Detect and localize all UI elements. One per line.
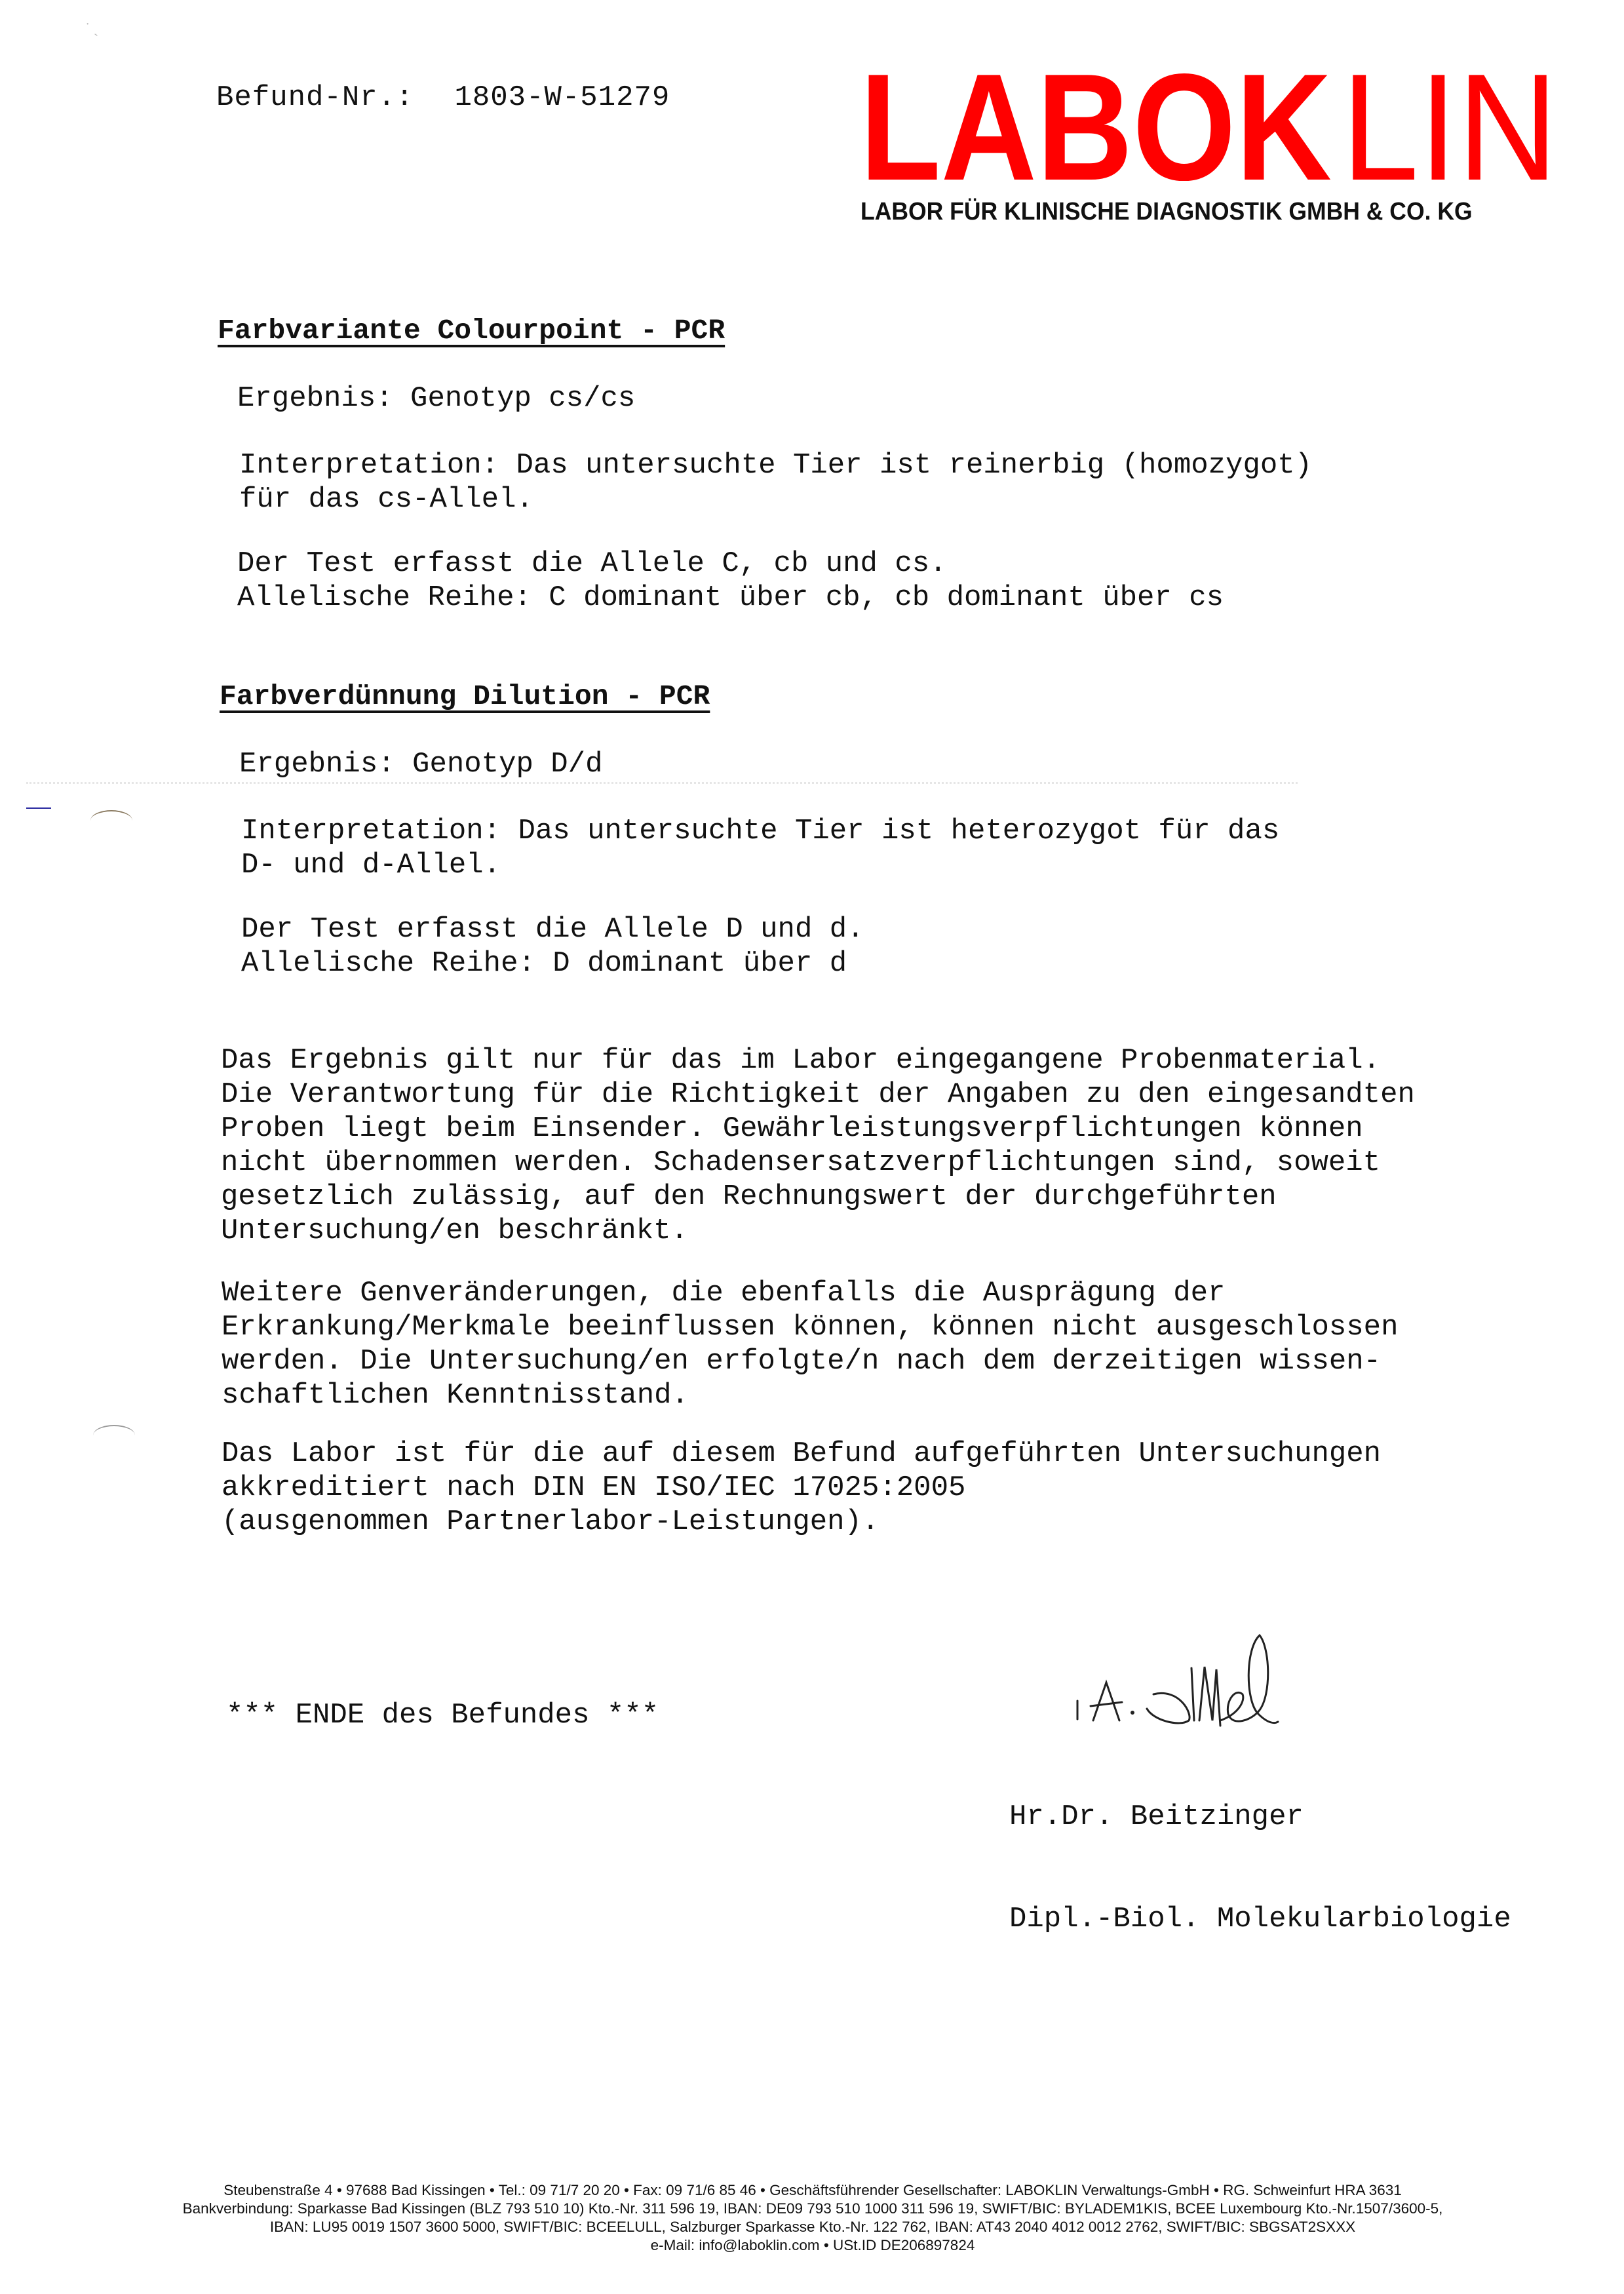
- test-info-line: Der Test erfasst die Allele D und d.: [241, 912, 864, 946]
- disclaimer-genetic: Weitere Genveränderungen, die ebenfalls …: [222, 1276, 1399, 1412]
- result-dilution: Ergebnis: Genotyp D/d: [239, 747, 603, 781]
- scan-artifact-arc: [90, 810, 132, 831]
- footer-contact: e-Mail: info@laboklin.com • USt.ID DE206…: [98, 2236, 1527, 2255]
- disclaimer-line: Erkrankung/Merkmale beeinflussen können,…: [222, 1310, 1399, 1344]
- end-of-report: *** ENDE des Befundes ***: [226, 1699, 659, 1732]
- disclaimer-line: gesetzlich zulässig, auf den Rechnungswe…: [221, 1180, 1415, 1214]
- interpretation-line: für das cs-Allel.: [239, 482, 1312, 516]
- interpretation-line: Interpretation: Das untersuchte Tier ist…: [241, 814, 1279, 848]
- test-info-line: Allelische Reihe: D dominant über d: [241, 946, 864, 981]
- footer: Steubenstraße 4 • 97688 Bad Kissingen • …: [98, 2181, 1527, 2255]
- svg-text:LIN: LIN: [1342, 64, 1558, 181]
- disclaimer-accreditation: Das Labor ist für die auf diesem Befund …: [222, 1437, 1381, 1539]
- scan-artifact: ˙ ˎ: [85, 20, 98, 37]
- scan-artifact-line: [26, 782, 1298, 784]
- disclaimer-line: nicht übernommen werden. Schadensersatzv…: [221, 1146, 1415, 1180]
- disclaimer-line: Weitere Genveränderungen, die ebenfalls …: [222, 1276, 1399, 1310]
- interpretation-line: Interpretation: Das untersuchte Tier ist…: [239, 448, 1312, 482]
- report-number-label: Befund-Nr.:: [216, 81, 414, 114]
- logo-subtitle: LABOR FÜR KLINISCHE DIAGNOSTIK GMBH & CO…: [860, 198, 1473, 226]
- test-info-line: Allelische Reihe: C dominant über cb, cb…: [237, 581, 1224, 615]
- footer-bank-1: Bankverbindung: Sparkasse Bad Kissingen …: [98, 2200, 1527, 2218]
- disclaimer-line: akkreditiert nach DIN EN ISO/IEC 17025:2…: [222, 1471, 1381, 1505]
- signer-name: Hr.Dr. Beitzinger: [1009, 1800, 1511, 1834]
- handwritten-signature: [1049, 1622, 1376, 1740]
- test-info-dilution: Der Test erfasst die Allele D und d. All…: [241, 912, 864, 981]
- svg-text:LABOK: LABOK: [860, 64, 1332, 181]
- report-number-value: 1803-W-51279: [454, 81, 670, 114]
- disclaimer-line: Untersuchung/en beschränkt.: [221, 1214, 1415, 1248]
- disclaimer-line: (ausgenommen Partnerlabor-Leistungen).: [222, 1505, 1381, 1539]
- disclaimer-line: schaftlichen Kenntnisstand.: [222, 1378, 1399, 1412]
- laboklin-logo: LABOK LIN: [860, 64, 1558, 181]
- interpretation-line: D- und d-Allel.: [241, 848, 1279, 882]
- section-title-colourpoint: Farbvariante Colourpoint - PCR: [218, 315, 725, 347]
- scan-artifact-mark: [26, 807, 51, 809]
- signer-block: Hr.Dr. Beitzinger Dipl.-Biol. Molekularb…: [1009, 1732, 1511, 1970]
- disclaimer-liability: Das Ergebnis gilt nur für das im Labor e…: [221, 1043, 1415, 1248]
- disclaimer-line: Das Labor ist für die auf diesem Befund …: [222, 1437, 1381, 1471]
- disclaimer-line: Die Verantwortung für die Richtigkeit de…: [221, 1078, 1415, 1112]
- disclaimer-line: Proben liegt beim Einsender. Gewährleist…: [221, 1112, 1415, 1146]
- interpretation-colourpoint: Interpretation: Das untersuchte Tier ist…: [239, 448, 1312, 516]
- signer-title: Dipl.-Biol. Molekularbiologie: [1009, 1902, 1511, 1936]
- disclaimer-line: werden. Die Untersuchung/en erfolgte/n n…: [222, 1344, 1399, 1378]
- result-colourpoint: Ergebnis: Genotyp cs/cs: [237, 381, 635, 416]
- disclaimer-line: Das Ergebnis gilt nur für das im Labor e…: [221, 1043, 1415, 1078]
- footer-bank-2: IBAN: LU95 0019 1507 3600 5000, SWIFT/BI…: [98, 2218, 1527, 2236]
- scan-artifact-arc: [93, 1425, 135, 1446]
- interpretation-dilution: Interpretation: Das untersuchte Tier ist…: [241, 814, 1279, 882]
- report-number-line: Befund-Nr.:1803-W-51279: [216, 81, 670, 114]
- test-info-colourpoint: Der Test erfasst die Allele C, cb und cs…: [237, 547, 1224, 615]
- footer-address: Steubenstraße 4 • 97688 Bad Kissingen • …: [98, 2181, 1527, 2200]
- test-info-line: Der Test erfasst die Allele C, cb und cs…: [237, 547, 1224, 581]
- section-title-dilution: Farbverdünnung Dilution - PCR: [220, 680, 710, 712]
